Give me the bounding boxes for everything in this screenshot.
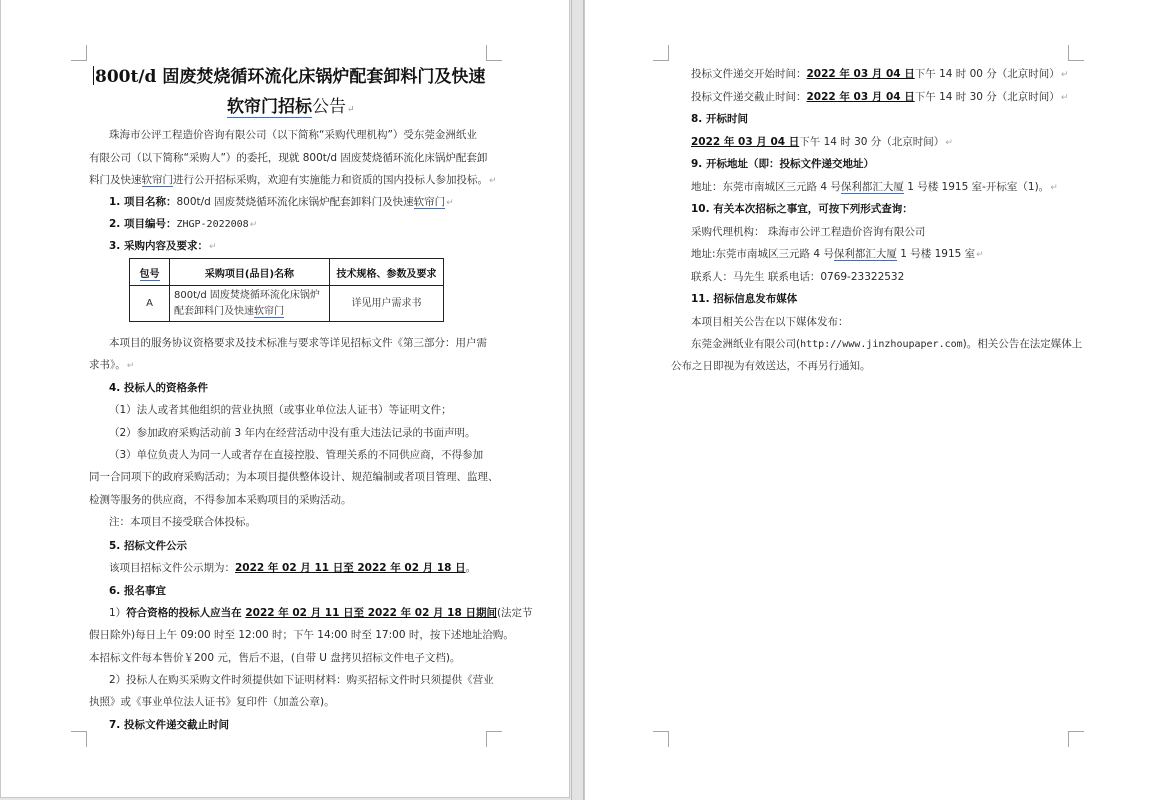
header-spec: 技术规格、参数及要求	[330, 259, 444, 286]
section-4-heading: 4. 投标人的资格条件	[109, 381, 208, 395]
margin-corner-top-right	[486, 45, 502, 61]
submission-end-time: 投标文件递交截止时间：2022 年 03 月 04 日下午 14 时 30 分（…	[691, 90, 1068, 105]
section-5-text: 该项目招标文件公示期为：2022 年 02 月 11 日至 2022 年 02 …	[109, 561, 476, 575]
cell-spec: 详见用户需求书	[330, 286, 444, 322]
intro-line-2: 有限公司（以下简称“采购人”）的委托，现就 800t/d 固废焚烧循环流化床锅炉…	[89, 151, 487, 165]
submission-start-time: 投标文件递交开始时间：2022 年 03 月 04 日下午 14 时 00 分（…	[691, 67, 1068, 82]
intro-line-3: 料门及快速软帘门进行公开招标采购，欢迎有实施能力和资质的国内投标人参加投标。↵	[89, 173, 497, 188]
section-10-agency: 采购代理机构： 珠海市公评工程造价咨询有限公司	[691, 225, 925, 239]
intro-line-1: 珠海市公评工程造价咨询有限公司（以下简称“采购代理机构”）受东莞金洲纸业	[109, 128, 477, 142]
margin-corner-top-right	[1068, 45, 1084, 61]
section-11-line-2: 东莞金洲纸业有限公司(http://www.jinzhoupaper.com)。…	[691, 337, 1082, 352]
section-9-address: 地址：东莞市南城区三元路 4 号保利都汇大厦 1 号楼 1915 室-开标室（1…	[691, 180, 1058, 195]
after-table-line-2: 求书》。↵	[89, 358, 134, 373]
section-6-para-2-line-1: 2）投标人在购买采购文件时须提供如下证明材料：购买招标文件时只须提供《营业	[109, 673, 494, 687]
section-4-note: 注：本项目不接受联合体投标。	[109, 515, 256, 529]
section-11-line-3: 公布之日即视为有效送达，不再另行通知。	[671, 359, 871, 373]
spellcheck-underlined-text: 软帘门招标	[227, 97, 312, 118]
section-10-address: 地址:东莞市南城区三元路 4 号保利都汇大厦 1 号楼 1915 室↵	[691, 247, 984, 262]
text-cursor	[93, 66, 94, 85]
section-4-item-3-line-2: 同一合同项下的政府采购活动；为本项目提供整体设计、规范编制或者项目管理、监理、	[89, 470, 499, 484]
paragraph-mark: ↵	[347, 105, 355, 115]
table-row: A 800t/d 固废焚烧循环流化床锅炉 配套卸料门及快速软帘门 详见用户需求书	[130, 286, 444, 322]
section-9-heading: 9. 开标地址（即：投标文件递交地址）	[691, 157, 874, 171]
cell-package: A	[130, 286, 170, 322]
section-11-line-1: 本项目相关公告在以下媒体发布：	[691, 315, 849, 329]
section-8-heading: 8. 开标时间	[691, 112, 748, 126]
section-5-heading: 5. 招标文件公示	[109, 539, 187, 553]
section-10-contact: 联系人：马先生 联系电话：0769-23322532	[691, 270, 904, 284]
cell-item-name: 800t/d 固废焚烧循环流化床锅炉 配套卸料门及快速软帘门	[170, 286, 330, 322]
after-table-line-1: 本项目的服务协议资格要求及技术标准与要求等详见招标文件《第三部分：用户需	[109, 336, 487, 350]
document-page-1[interactable]: 800t/d 固废焚烧循环流化床锅炉配套卸料门及快速 软帘门招标公告↵ 珠海市公…	[0, 0, 570, 798]
margin-corner-bottom-right	[486, 731, 502, 747]
header-package: 包号	[130, 259, 170, 286]
margin-corner-bottom-left	[653, 731, 669, 747]
section-7-heading: 7. 投标文件递交截止时间	[109, 718, 229, 732]
document-page-2[interactable]: 投标文件递交开始时间：2022 年 03 月 04 日下午 14 时 00 分（…	[584, 0, 1153, 800]
section-4-item-1: （1）法人或者其他组织的营业执照（或事业单位法人证书）等证明文件；	[109, 403, 452, 417]
section-6-para-1-line-1: 1）符合资格的投标人应当在 2022 年 02 月 11 日至 2022 年 0…	[109, 606, 533, 620]
section-4-item-2: （2）参加政府采购活动前 3 年内在经营活动中没有重大违法记录的书面声明。	[109, 426, 476, 440]
section-10-heading: 10. 有关本次招标之事宜，可按下列形式查询：	[691, 202, 913, 216]
document-title-line-1: 800t/d 固废焚烧循环流化床锅炉配套卸料门及快速	[93, 66, 485, 88]
website-link[interactable]: http://www.jinzhoupaper.com	[800, 339, 963, 350]
section-1-project-name: 1. 项目名称：800t/d 固废焚烧循环流化床锅炉配套卸料门及快速软帘门↵	[109, 195, 454, 210]
section-6-para-2-line-2: 执照》或《事业单位法人证书》复印件（加盖公章)。	[89, 695, 335, 709]
section-6-heading: 6. 报名事宜	[109, 584, 166, 598]
section-11-heading: 11. 招标信息发布媒体	[691, 292, 797, 306]
margin-corner-bottom-right	[1068, 731, 1084, 747]
margin-corner-top-left	[653, 45, 669, 61]
table-header-row: 包号 采购项目(品目)名称 技术规格、参数及要求	[130, 259, 444, 286]
page-gap	[571, 0, 584, 800]
section-8-time: 2022 年 03 月 04 日下午 14 时 30 分（北京时间）↵	[691, 135, 953, 150]
section-6-para-1-line-2: 假日除外)每日上午 09:00 时至 12:00 时；下午 14:00 时至 1…	[89, 628, 514, 642]
section-3-heading: 3. 采购内容及要求：↵	[109, 239, 217, 254]
header-item-name: 采购项目(品目)名称	[170, 259, 330, 286]
section-4-item-3-line-1: （3）单位负责人为同一人或者存在直接控股、管理关系的不同供应商，不得参加	[109, 448, 483, 462]
section-6-para-1-line-3: 本招标文件每本售价￥200 元，售后不退，(自带 U 盘拷贝招标文件电子文档)。	[89, 651, 460, 665]
margin-corner-top-left	[71, 45, 87, 61]
document-title-line-2: 软帘门招标公告↵	[227, 96, 355, 121]
section-2-project-number: 2. 项目编号：ZHGP-2022008↵	[109, 217, 257, 232]
section-4-item-3-line-3: 检测等服务的供应商，不得参加本采购项目的采购活动。	[89, 493, 352, 507]
margin-corner-bottom-left	[71, 731, 87, 747]
requirements-table: 包号 采购项目(品目)名称 技术规格、参数及要求 A 800t/d 固废焚烧循环…	[129, 258, 444, 322]
